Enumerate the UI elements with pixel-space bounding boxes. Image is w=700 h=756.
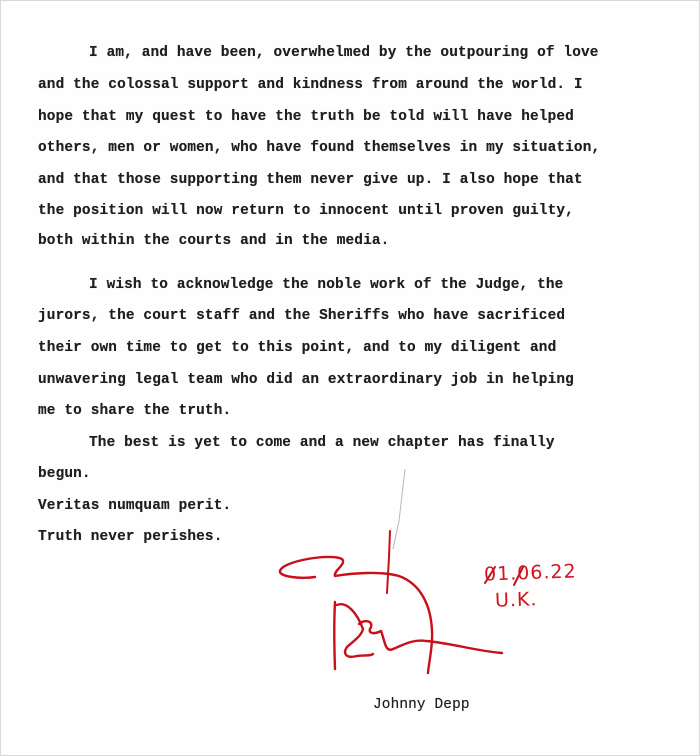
letter-page: I am, and have been, overwhelmed by the … bbox=[0, 0, 700, 756]
date-strike-marks bbox=[1, 1, 700, 756]
signer-name: Johnny Depp bbox=[373, 697, 470, 713]
